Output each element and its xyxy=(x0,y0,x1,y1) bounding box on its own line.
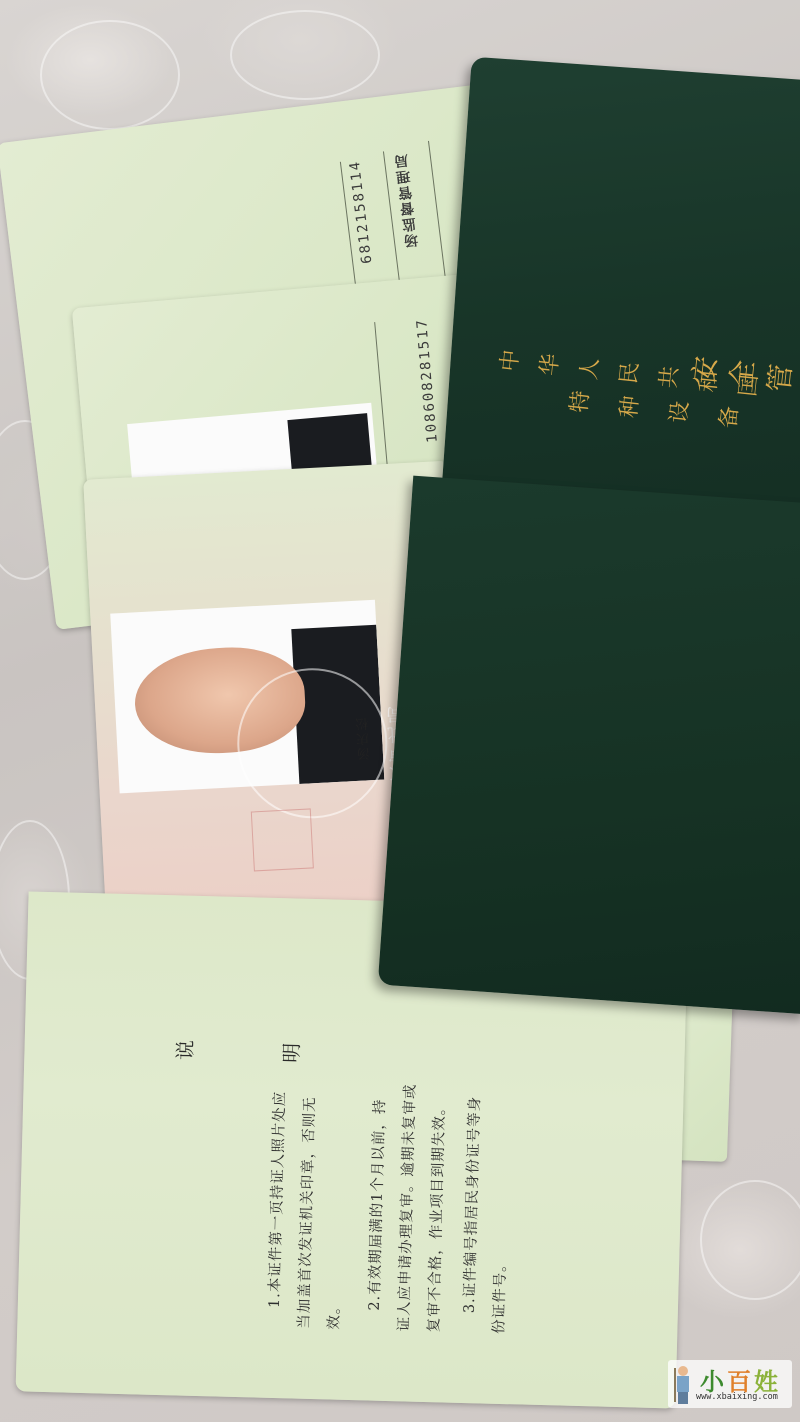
instruction-line: 复审不合格，作业项目到期失效。 xyxy=(422,1099,449,1332)
red-stamp xyxy=(251,808,314,871)
site-watermark: 小百姓 www.xbaixing.com xyxy=(668,1360,792,1408)
booklet-cover-front xyxy=(439,57,800,554)
certificate-number: 108608281517 xyxy=(414,317,441,443)
instruction-line: 2.有效期届满的1个月以前，持 xyxy=(363,1098,390,1311)
cartoon-farmer-icon xyxy=(674,1366,692,1404)
instruction-line: 效。 xyxy=(322,1298,344,1330)
lace-flower xyxy=(40,20,180,130)
instruction-line: 当加盖首次发证机关印章，否则无 xyxy=(292,1096,319,1329)
instruction-line: 证人应申请办理复审。逾期未复审或 xyxy=(392,1083,419,1331)
holder-name: 汤庆松 xyxy=(354,715,375,761)
lace-flower xyxy=(230,10,380,100)
instruction-line: 份证件号。 xyxy=(487,1256,510,1334)
form-rule xyxy=(428,141,447,290)
instruction-line: 1.本证件第一页持证人照片处应 xyxy=(263,1090,290,1308)
issuing-authority: 场监督管理局 xyxy=(391,151,423,249)
lace-flower xyxy=(700,1180,800,1300)
instruction-line: 3.证件编号指居民身份证号等身 xyxy=(458,1096,485,1314)
cover-country-line xyxy=(433,172,791,276)
watermark-url: www.xbaixing.com xyxy=(696,1392,778,1402)
booklet-cover-back xyxy=(378,476,800,1015)
